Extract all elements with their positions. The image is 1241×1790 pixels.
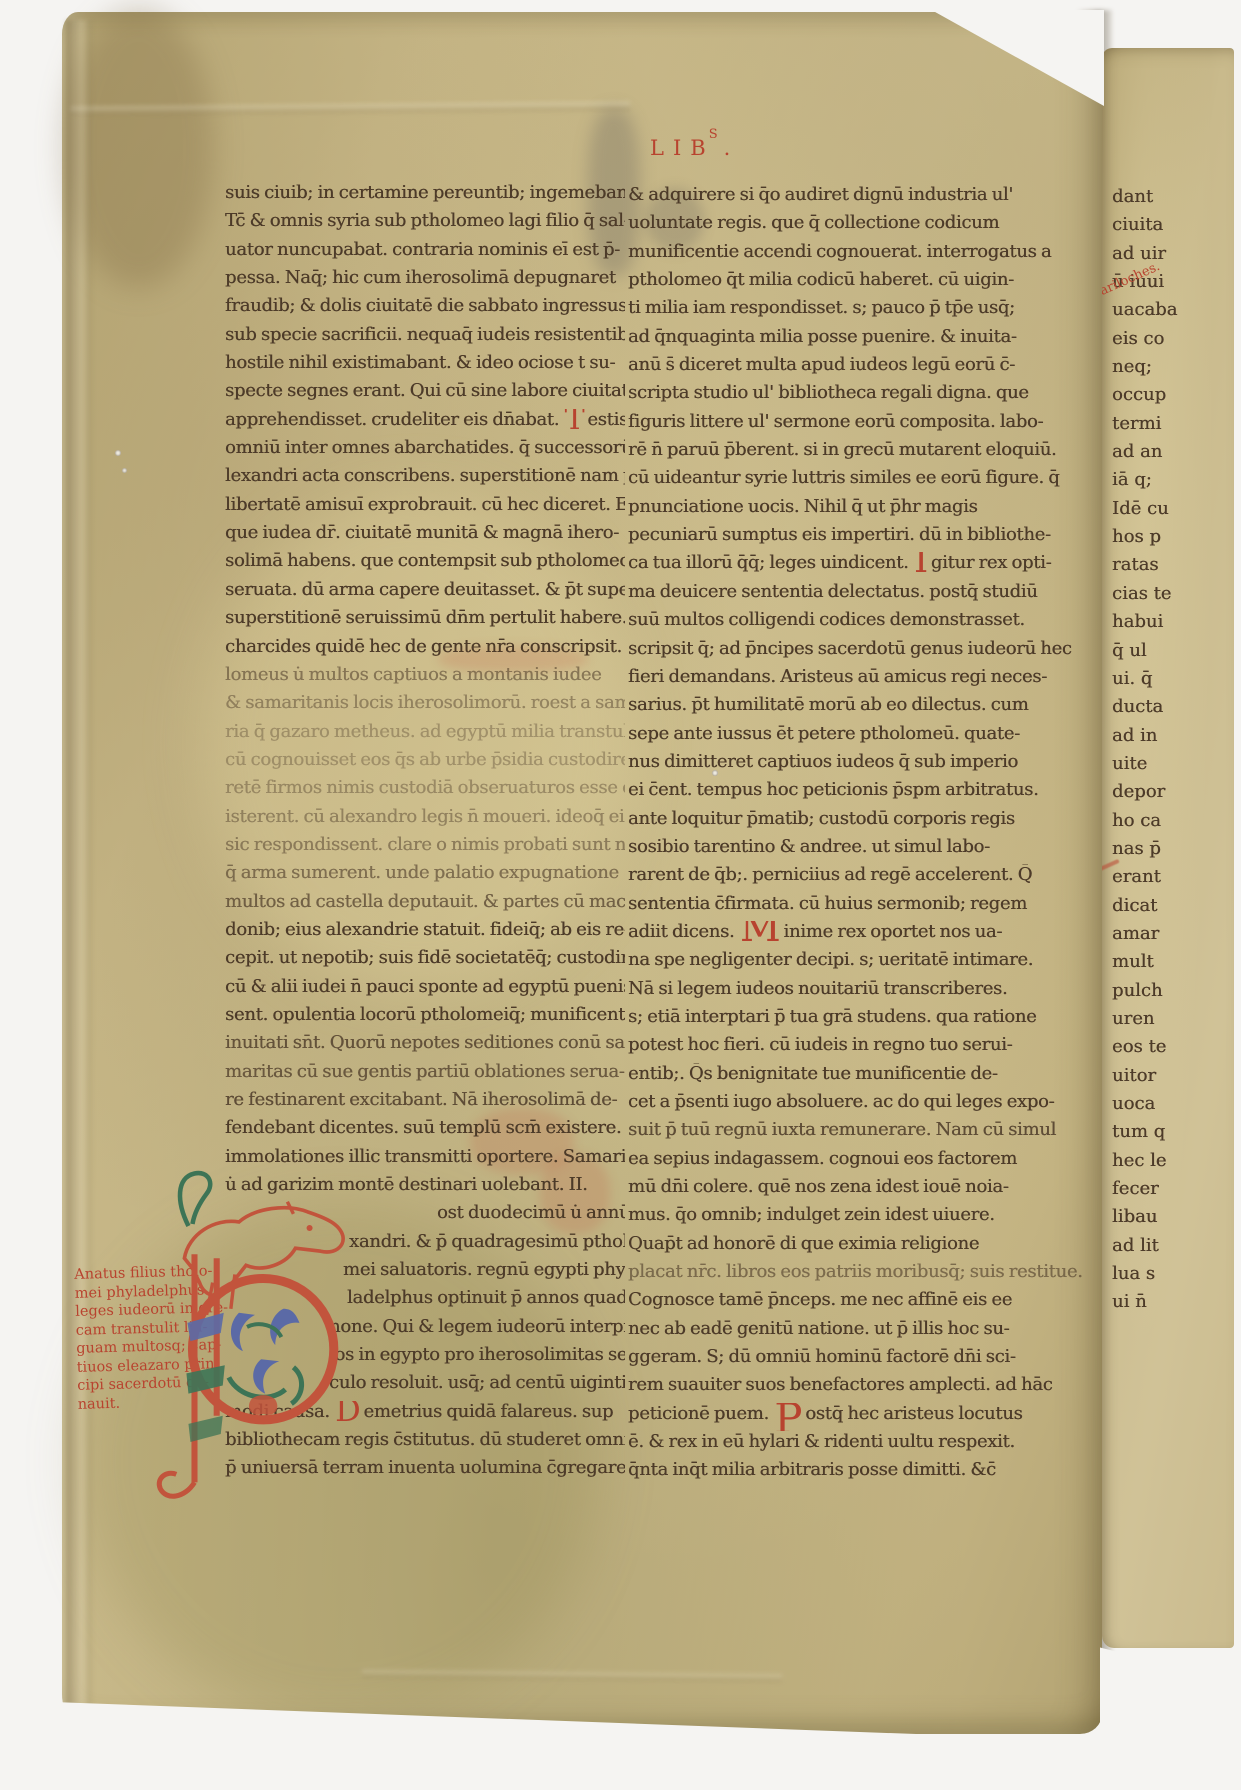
text-line: hec le [1112, 1150, 1230, 1178]
text-line: cū cognouisset eos q̄s ab urbe p̄sidia c… [225, 749, 625, 777]
text-line: suis ciuib; in certamine pereuntib; inge… [225, 182, 625, 210]
text-line: mult [1112, 951, 1230, 979]
text-line: Cognosce tamē p̄nceps. me nec affinē eis… [628, 1289, 1096, 1317]
text-line: ad lit [1112, 1235, 1230, 1263]
text-line: lomeus u̇ multos captiuos a montanis iud… [225, 664, 625, 692]
text-line: q̄ arma sumerent. unde palatio expugnati… [225, 862, 625, 890]
text-line: pnunciatione uocis. Nihil q̄ ut p̄hr mag… [628, 496, 1096, 524]
text-line: ca tua illorū q̄q̄; leges uindicent. Igi… [628, 552, 1096, 580]
text-line: cepit. ut nepotib; suis fidē societatēq̄… [225, 947, 625, 975]
text-line: scripta studio ul' bibliotheca regali di… [628, 382, 1096, 410]
text-line: & adquirere si q̄o audiret dignū industr… [628, 184, 1096, 212]
text-line: suit p̄ tuū regnū iuxta remunerare. Nam … [628, 1119, 1096, 1147]
decorated-initial-p [142, 1158, 354, 1508]
text-line: tum q [1112, 1121, 1230, 1149]
text-line: eis co [1112, 328, 1230, 356]
text-line: uitor [1112, 1065, 1230, 1093]
text-line: rarent de q̄b;. perniciius ad regē accel… [628, 864, 1096, 892]
text-line: potest hoc fieri. cū iudeis in regno tuo… [628, 1034, 1096, 1062]
parchment-stain [64, 8, 214, 288]
text-line: uite [1112, 753, 1230, 781]
text-line: placat nr̄c. libros eos patriis moribusq… [628, 1261, 1096, 1289]
parchment-crease [66, 20, 92, 1710]
text-line: sub specie sacrificii. nequaq̄ iudeis re… [225, 324, 625, 352]
text-line: q̄nta inq̄t milia arbitraris posse dimit… [628, 1459, 1096, 1487]
text-line: sarius. p̄t̄ humilitatē morū ab eo dilec… [628, 694, 1096, 722]
text-line: uoca [1112, 1093, 1230, 1121]
text-line: mū dn̄i colere. quē nos zena idest iouē … [628, 1176, 1096, 1204]
text-line: occup [1112, 384, 1230, 412]
text-line: libertatē amisuī exprobrauit. cū hec dic… [225, 494, 625, 522]
text-line: sosibio tarentino & andree. ut simul lab… [628, 836, 1096, 864]
text-line: & samaritanis locis iherosolimorū. roest… [225, 692, 625, 720]
text-line: lexandri acta conscribens. superstitionē… [225, 465, 625, 493]
text-line: sent. opulentia locorū ptholomeiq̄; muni… [225, 1004, 625, 1032]
text-line: libau [1112, 1206, 1230, 1234]
text-line: ria q̄ gazaro metheus. ad egyptū milia t… [225, 721, 625, 749]
running-title: LIBS. [650, 136, 739, 160]
text-line: re festinarent excitabant. Nā iherosolim… [225, 1089, 625, 1117]
text-line: que iudea dr̄. ciuitatē munitā & magnā i… [225, 522, 625, 550]
text-line: q̄ ul [1112, 640, 1230, 668]
next-folio-parchment: dantciuitaad uirū iuuiuacabaeis coneq;oc… [1102, 48, 1234, 1648]
text-line: apprehendisset. crudeliter eis dn̄abat̄.… [225, 409, 625, 437]
text-line: cias te [1112, 583, 1230, 611]
text-line: pecuniarū sumptus eis impertiri. dū in b… [628, 524, 1096, 552]
text-line: ē. & rex in eū hylari & ridenti uultu re… [628, 1431, 1096, 1459]
text-line: erant [1112, 866, 1230, 894]
text-line: pessa. Naq̄; hic cum iherosolimā depugna… [225, 267, 625, 295]
text-line: nus dimitteret captiuos iudeos q̄ sub im… [628, 751, 1096, 779]
text-line: habui [1112, 611, 1230, 639]
text-line: pulch [1112, 980, 1230, 1008]
text-line: ho ca [1112, 810, 1230, 838]
text-line: fieri demandans. Aristeus aū amicus regi… [628, 666, 1096, 694]
text-line: uator nuncupabat̄. contraria nominis eī … [225, 239, 625, 267]
text-line: adiit dicens. Minime rex oportet nos ua- [628, 921, 1096, 949]
text-line: ti milia iam respondisset. s; pauco p̄ t… [628, 297, 1096, 325]
text-line: ea sepius indagassem. cognoui eos factor… [628, 1148, 1096, 1176]
parchment-crease [70, 102, 630, 116]
text-line: multos ad castella deputauit. & partes c… [225, 891, 625, 919]
text-line: ad an [1112, 441, 1230, 469]
text-line: solimā habens. que contempsit sub ptholo… [225, 550, 625, 578]
text-line: neq; [1112, 356, 1230, 384]
text-line: suū multos colligendi codices demonstras… [628, 609, 1096, 637]
text-line: Quap̄t̄ ad honorē d̄i que eximia religio… [628, 1233, 1096, 1261]
text-line: ducta [1112, 696, 1230, 724]
running-title-superscript: S [709, 127, 718, 142]
text-line: retē firmos nimis custodiā obseruaturos … [225, 777, 625, 805]
text-line: mus. q̄o omnib; indulget zein idest uiue… [628, 1204, 1096, 1232]
text-line: uoluntate regis. que q̄ collectione codi… [628, 212, 1096, 240]
text-line: Nā si legem iudeos nouitariū transcriber… [628, 978, 1096, 1006]
text-line: sepe ante iussus ēt petere ptholomeū. qu… [628, 723, 1096, 751]
text-line: nec ab eadē genitū natione. ut p̄ illis … [628, 1318, 1096, 1346]
text-line: fraudib; & dolis ciuitatē die sabbato in… [225, 295, 625, 323]
text-line: munificentie accendi cognouerat. interro… [628, 241, 1096, 269]
parchment-crease [362, 1670, 782, 1682]
main-folio-parchment: LIBS. suis ciuib; in certamine pereuntib… [62, 12, 1102, 1734]
text-line: ggeram. S; dū omniū hominū factorē dn̄i … [628, 1346, 1096, 1374]
text-line: superstitionē seruissimū dn̄m pertulit h… [225, 607, 625, 635]
text-line: ui. q̄ [1112, 668, 1230, 696]
rubricated-initial-p: P [774, 1403, 802, 1431]
text-line: nas p̄ [1112, 838, 1230, 866]
page-bottom-edge [1100, 1628, 1241, 1790]
text-line: depor [1112, 781, 1230, 809]
text-line: Tc̄ & omnis syria sub ptholomeo lagi fil… [225, 210, 625, 238]
text-line: eos te [1112, 1036, 1230, 1064]
text-line: omniū inter omnes abarchatides. q̄ succe… [225, 437, 625, 465]
text-line: uren [1112, 1008, 1230, 1036]
text-line: cū uideantur syrie luttris similes ee eo… [628, 467, 1096, 495]
text-line: ratas [1112, 554, 1230, 582]
text-line: dicat [1112, 895, 1230, 923]
text-line: rem suauiter suos benefactores amplecti.… [628, 1374, 1096, 1402]
running-title-text: LIB [650, 136, 715, 160]
text-line: amar [1112, 923, 1230, 951]
text-line: fendebant dicentes. suū templū scm̄ exis… [225, 1117, 625, 1145]
text-line: dant [1112, 186, 1230, 214]
text-line: ciuita [1112, 214, 1230, 242]
rubricated-initial-t: T [565, 409, 585, 437]
text-line: hostile nihil existimabant. & ideo ocios… [225, 352, 625, 380]
text-line: maritas cū sue gentis partiū oblationes … [225, 1061, 625, 1089]
text-line: sententia c̄firmata. cū huius sermonib; … [628, 893, 1096, 921]
text-line: rē n̄ paruū p̄berent. si in grecū mutare… [628, 439, 1096, 467]
text-line: ptholomeo q̄t milia codicū haberet. cū u… [628, 269, 1096, 297]
text-line: sic respondissent. clare o nimis probati… [225, 834, 625, 862]
text-line: na spe negligenter decipi. s; ueritatē i… [628, 949, 1096, 977]
text-line: isterent. cū alexandro legis n̄ moueri. … [225, 806, 625, 834]
text-line: termi [1112, 413, 1230, 441]
text-line: anū s̄ diceret multa apud iudeos legū eo… [628, 354, 1096, 382]
text-line: uacaba [1112, 299, 1230, 327]
text-line: seruata. dū arma capere deuitasset. & p̄… [225, 579, 625, 607]
text-line: entib;. Q̄s benignitate tue munificentie… [628, 1063, 1096, 1091]
text-line: s; etiā interptari p̄ tua grā studens. q… [628, 1006, 1096, 1034]
text-line: ma deuicere sententia delectatus. postq̄… [628, 581, 1096, 609]
text-line: ad uir [1112, 243, 1230, 271]
parchment-hole [115, 450, 121, 456]
text-line: specte segnes erant. Qui cū sine labore … [225, 380, 625, 408]
parchment-hole [122, 468, 127, 473]
text-line: iā q; [1112, 469, 1230, 497]
text-line: figuris littere ul' sermone eorū composi… [628, 411, 1096, 439]
text-line: ui n̄ [1112, 1291, 1230, 1319]
text-line: cū & alii iudei n̄ pauci sponte ad egypt… [225, 976, 625, 1004]
text-line: ei c̄ent. tempus hoc peticionis p̄spm ar… [628, 779, 1096, 807]
text-line: ante loquitur p̄matib; custodū corporis … [628, 808, 1096, 836]
text-line: peticionē puem. Postq̄ hec aristeus locu… [628, 1403, 1096, 1431]
rubricated-initial-m: M [740, 921, 781, 949]
text-line: fecer [1112, 1178, 1230, 1206]
text-line: donib; eius alexandrie statuit. fideiq̄;… [225, 919, 625, 947]
text-line: hos p [1112, 526, 1230, 554]
manuscript-photo: dantciuitaad uirū iuuiuacabaeis coneq;oc… [0, 0, 1241, 1790]
text-line: Idē cu [1112, 498, 1230, 526]
text-line: ad in [1112, 725, 1230, 753]
text-line: lua s [1112, 1263, 1230, 1291]
text-line: inuitati sn̄t. Quorū nepotes seditiones … [225, 1032, 625, 1060]
rubricated-initial-i: I [914, 552, 928, 580]
text-line: charcides quidē hec de gente nr̄a conscr… [225, 636, 625, 664]
next-folio-column: dantciuitaad uirū iuuiuacabaeis coneq;oc… [1112, 186, 1230, 1320]
text-line: cet a p̄senti iugo absoluere. ac d̄o qui… [628, 1091, 1096, 1119]
text-line: scripsit q̄; ad p̄ncipes sacerdotū genus… [628, 638, 1096, 666]
text-line: ad q̄nquaginta milia posse puenire. & in… [628, 326, 1096, 354]
text-column-right: & adquirere si q̄o audiret dignū industr… [628, 184, 1096, 1488]
